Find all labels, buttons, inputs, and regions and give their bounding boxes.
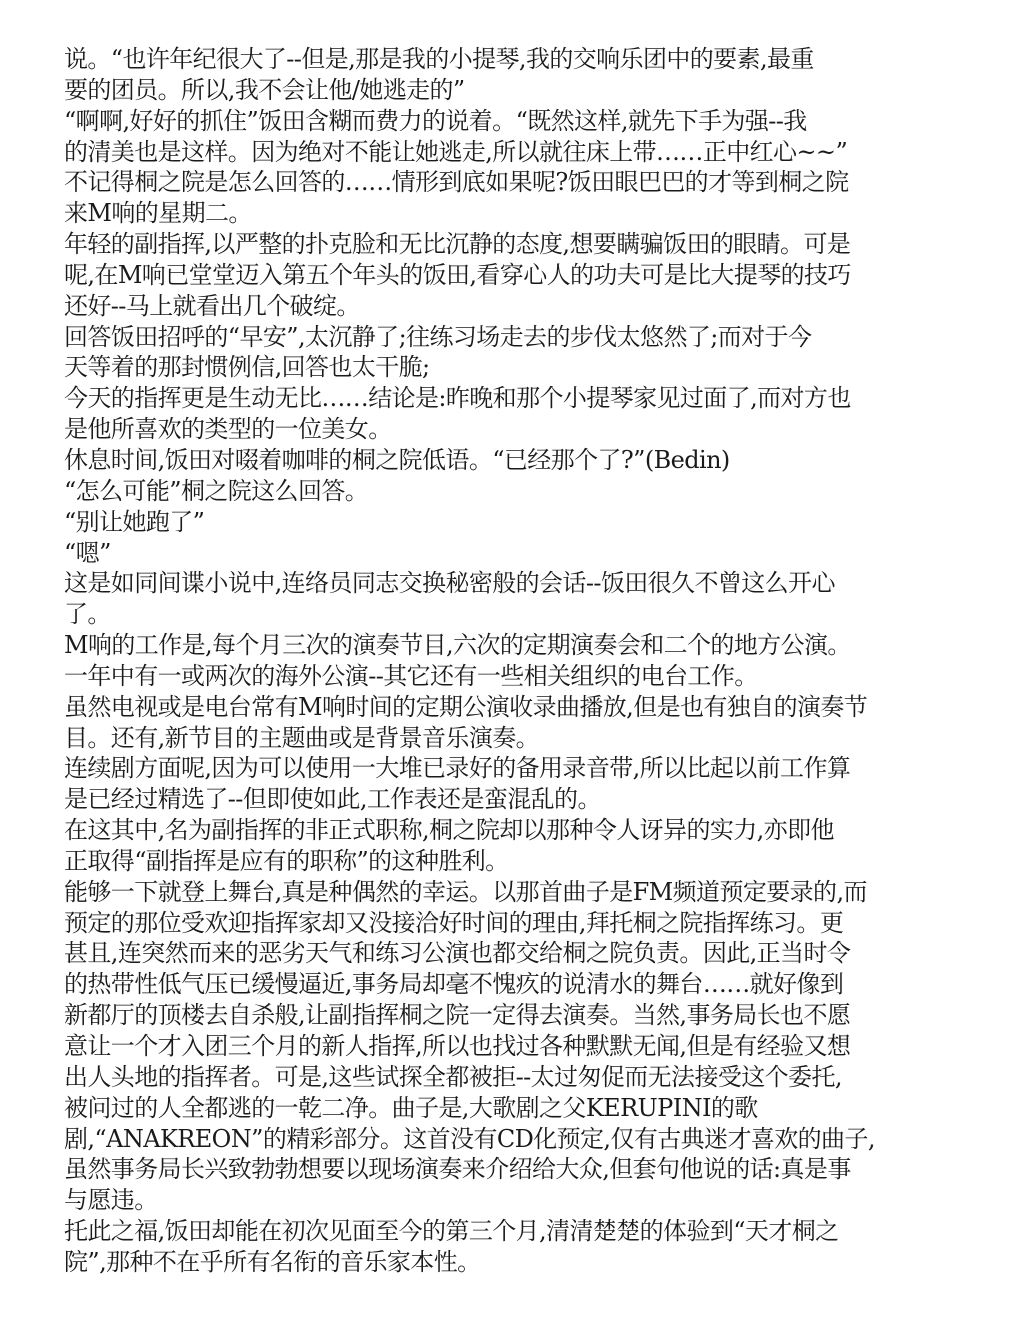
- text-line: 一年中有一或两次的海外公演--其它还有一些相关组织的电台工作。: [64, 661, 964, 692]
- text-line: 预定的那位受欢迎指挥家却又没接洽好时间的理由,拜托桐之院指挥练习。更: [64, 908, 964, 939]
- document-page: 说。“也许年纪很大了--但是,那是我的小提琴,我的交响乐团中的要素,最重 要的团…: [64, 44, 964, 1278]
- text-line: “嗯”: [64, 538, 964, 569]
- text-line: 的清美也是这样。因为绝对不能让她逃走,所以就往床上带……正中红心~~”: [64, 137, 964, 168]
- text-line: 是他所喜欢的类型的一位美女。: [64, 414, 964, 445]
- text-line: 虽然电视或是电台常有M响时间的定期公演收录曲播放,但是也有独自的演奏节: [64, 692, 964, 723]
- text-line: 连续剧方面呢,因为可以使用一大堆已录好的备用录音带,所以比起以前工作算: [64, 753, 964, 784]
- text-line: 天等着的那封惯例信,回答也太干脆;: [64, 352, 964, 383]
- text-line: 出人头地的指挥者。可是,这些试探全都被拒--太过匆促而无法接受这个委托,: [64, 1062, 964, 1093]
- text-line: 回答饭田招呼的“早安”,太沉静了;往练习场走去的步伐太悠然了;而对于今: [64, 322, 964, 353]
- text-line: 院”,那种不在乎所有名衔的音乐家本性。: [64, 1247, 964, 1278]
- text-line: 呢,在M响已堂堂迈入第五个年头的饭田,看穿心人的功夫可是比大提琴的技巧: [64, 260, 964, 291]
- text-line: 能够一下就登上舞台,真是种偶然的幸运。以那首曲子是FM频道预定要录的,而: [64, 877, 964, 908]
- text-line: 今天的指挥更是生动无比……结论是:昨晚和那个小提琴家见过面了,而对方也: [64, 383, 964, 414]
- text-line: 的热带性低气压已缓慢逼近,事务局却毫不愧疚的说清水的舞台……就好像到: [64, 969, 964, 1000]
- text-line: 意让一个才入团三个月的新人指挥,所以也找过各种默默无闻,但是有经验又想: [64, 1031, 964, 1062]
- text-line: 被问过的人全都逃的一乾二净。曲子是,大歌剧之父KERUPINI的歌: [64, 1093, 964, 1124]
- text-line: 来M响的星期二。: [64, 198, 964, 229]
- text-line: 目。还有,新节目的主题曲或是背景音乐演奏。: [64, 723, 964, 754]
- text-line: 甚且,连突然而来的恶劣天气和练习公演也都交给桐之院负责。因此,正当时令: [64, 938, 964, 969]
- text-line: 了。: [64, 599, 964, 630]
- text-line: “别让她跑了”: [64, 507, 964, 538]
- text-line: 不记得桐之院是怎么回答的……情形到底如果呢?饭田眼巴巴的才等到桐之院: [64, 167, 964, 198]
- text-line: 新都厅的顶楼去自杀般,让副指挥桐之院一定得去演奏。当然,事务局长也不愿: [64, 1000, 964, 1031]
- text-line: 休息时间,饭田对啜着咖啡的桐之院低语。“已经那个了?”(Bedin): [64, 445, 964, 476]
- text-line: 与愿违。: [64, 1185, 964, 1216]
- text-line: 这是如同间谍小说中,连络员同志交换秘密般的会话--饭田很久不曾这么开心: [64, 568, 964, 599]
- text-line: 在这其中,名为副指挥的非正式职称,桐之院却以那种令人讶异的实力,亦即他: [64, 815, 964, 846]
- text-line: 正取得“副指挥是应有的职称”的这种胜利。: [64, 846, 964, 877]
- text-line: 要的团员。所以,我不会让他/她逃走的”: [64, 75, 964, 106]
- text-line: 是已经过精选了--但即使如此,工作表还是蛮混乱的。: [64, 784, 964, 815]
- text-line: M响的工作是,每个月三次的演奏节目,六次的定期演奏会和二个的地方公演。: [64, 630, 964, 661]
- text-line: 剧,“ANAKREON”的精彩部分。这首没有CD化预定,仅有古典迷才喜欢的曲子,: [64, 1124, 964, 1155]
- text-line: 年轻的副指挥,以严整的扑克脸和无比沉静的态度,想要瞒骗饭田的眼睛。可是: [64, 229, 964, 260]
- text-line: 还好--马上就看出几个破绽。: [64, 291, 964, 322]
- text-line: 托此之福,饭田却能在初次见面至今的第三个月,清清楚楚的体验到“天才桐之: [64, 1216, 964, 1247]
- text-line: “怎么可能”桐之院这么回答。: [64, 476, 964, 507]
- text-line: 虽然事务局长兴致勃勃想要以现场演奏来介绍给大众,但套句他说的话:真是事: [64, 1154, 964, 1185]
- text-line: 说。“也许年纪很大了--但是,那是我的小提琴,我的交响乐团中的要素,最重: [64, 44, 964, 75]
- text-line: “啊啊,好好的抓住”饭田含糊而费力的说着。“既然这样,就先下手为强--我: [64, 106, 964, 137]
